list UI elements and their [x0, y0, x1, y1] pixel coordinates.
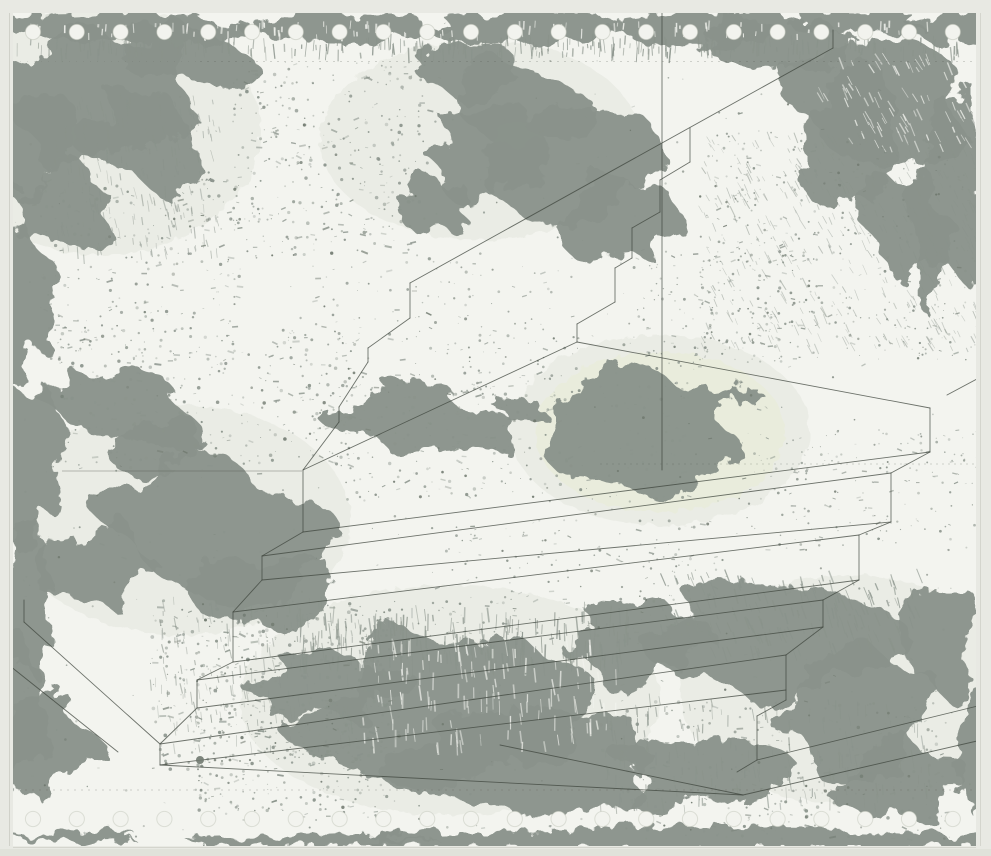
artwork-canvas: [0, 0, 991, 856]
artwork-photo: [0, 0, 991, 856]
